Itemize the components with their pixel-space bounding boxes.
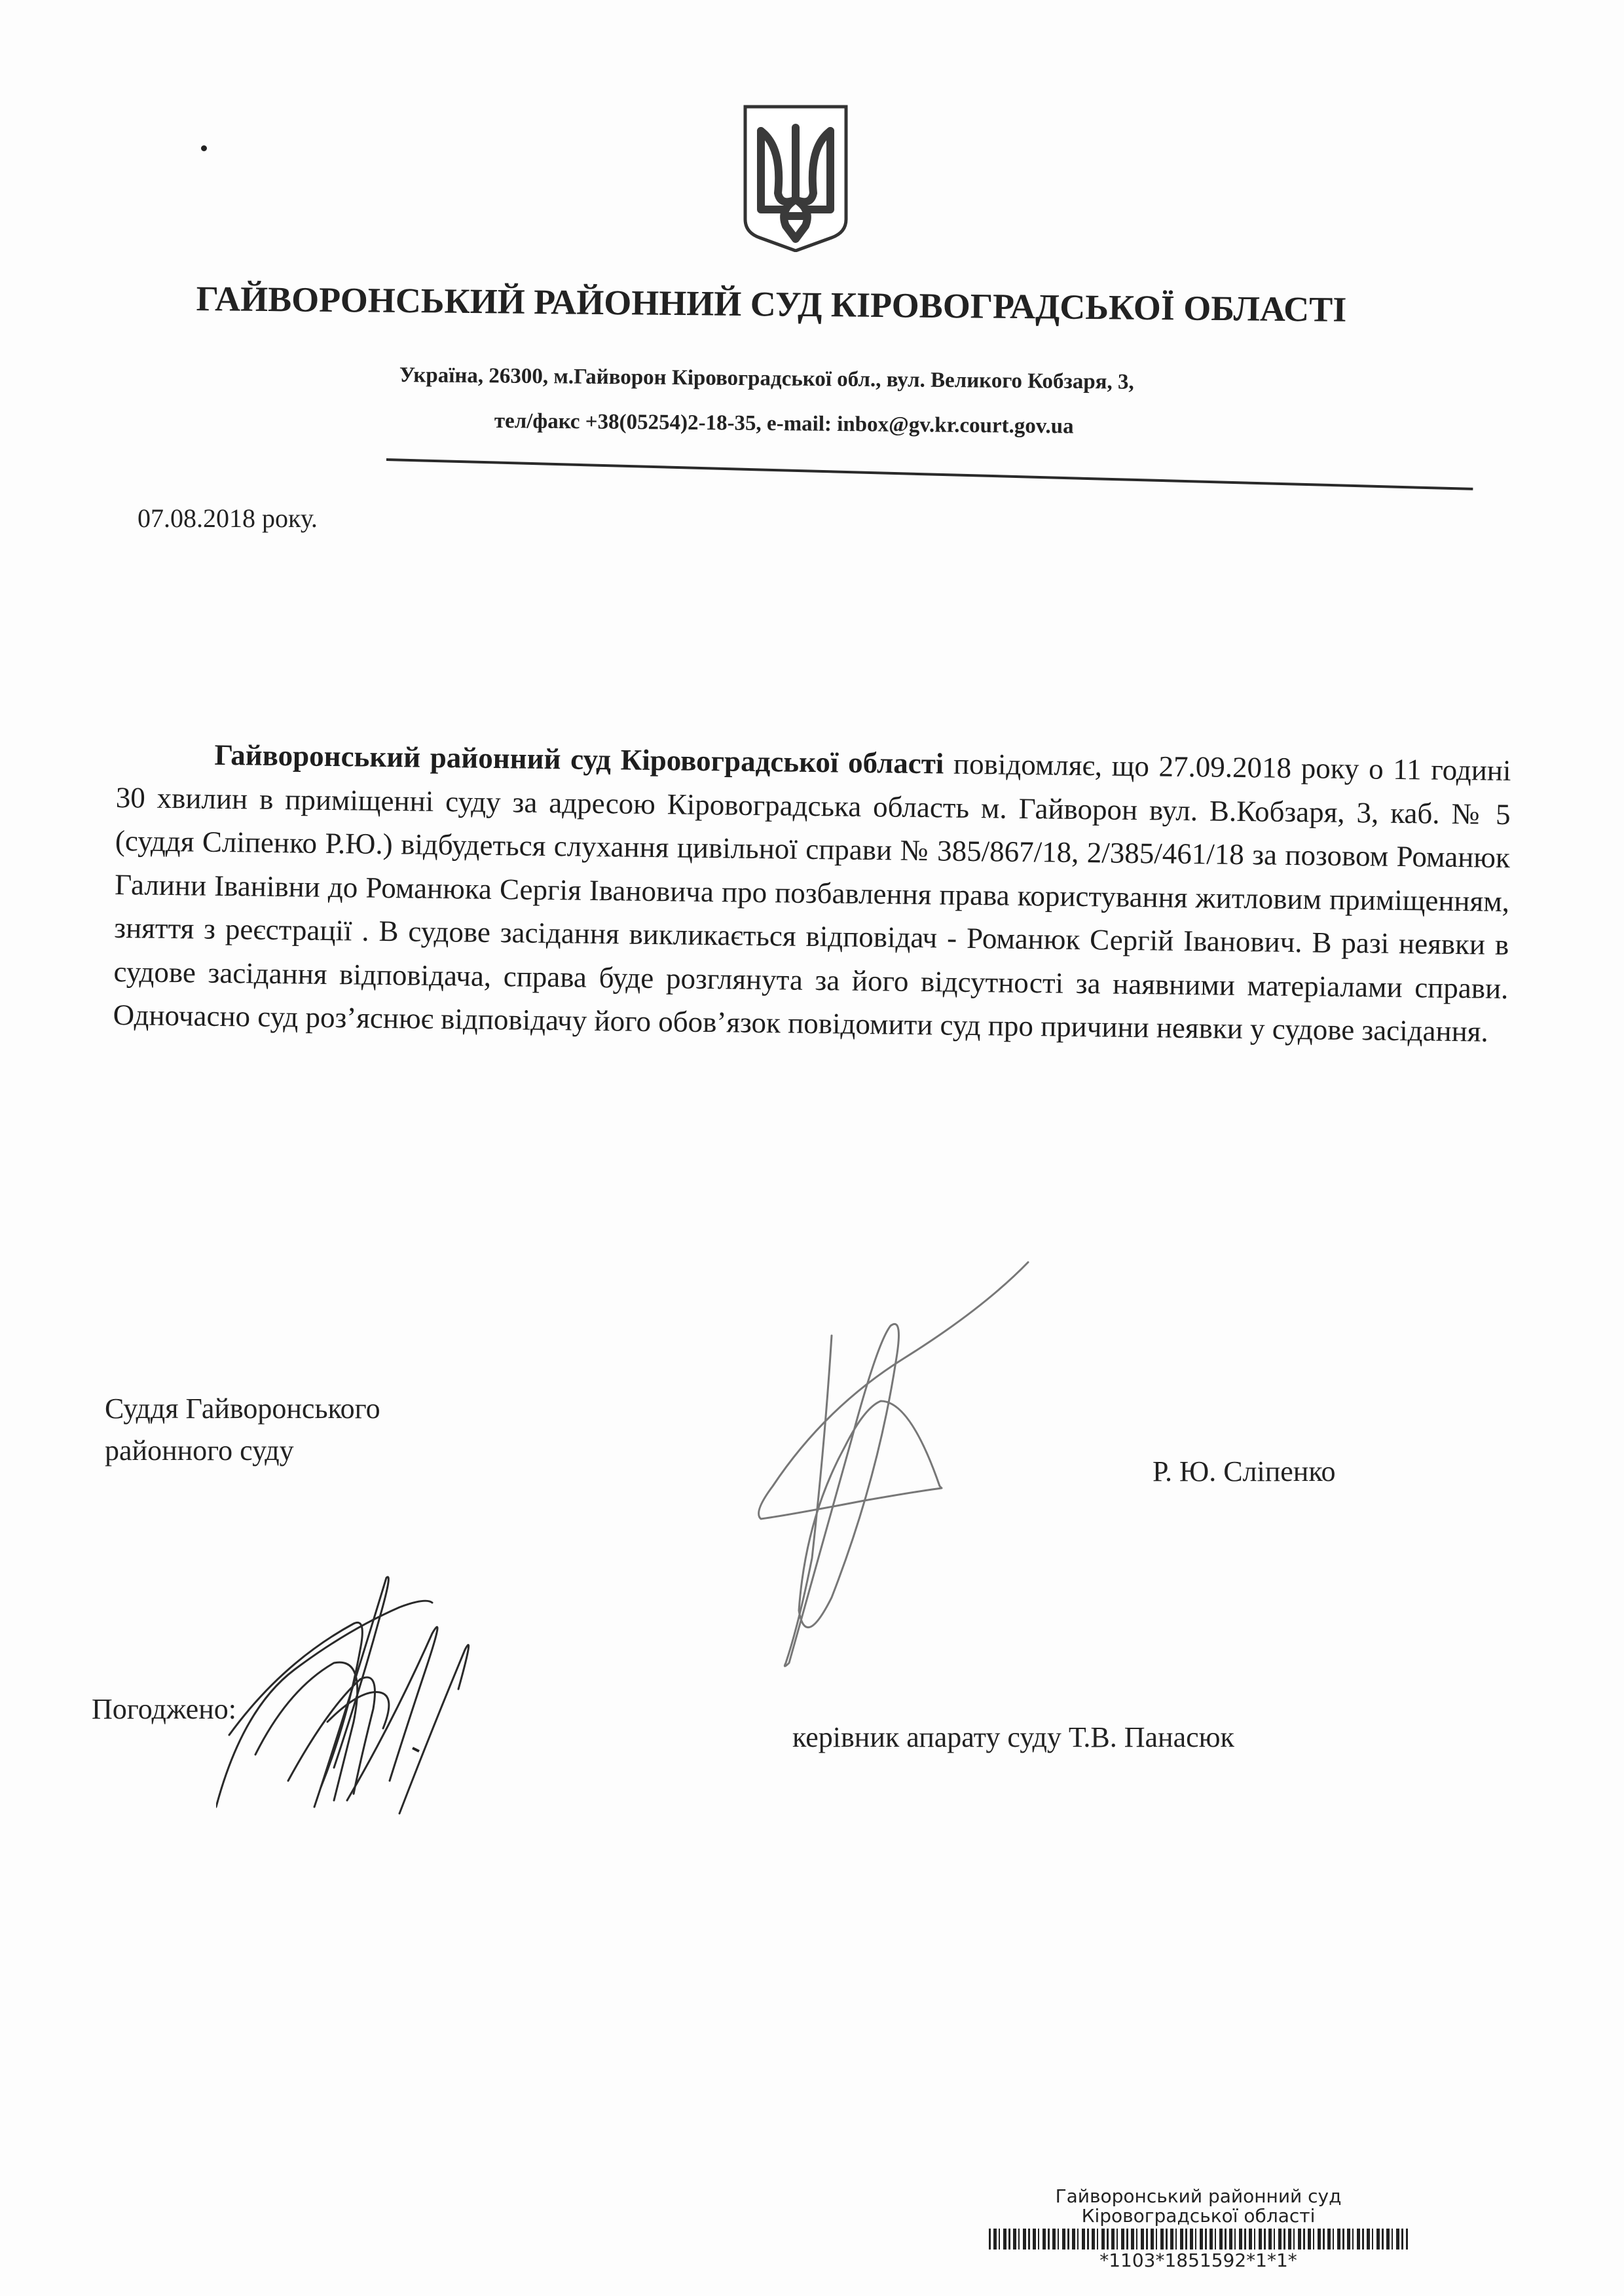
- barcode-number: *1103*1851592*1*1*: [982, 2251, 1414, 2270]
- barcode-icon: [989, 2229, 1408, 2250]
- coat-of-arms-icon: [740, 101, 851, 252]
- notice-body-text: повідомляє, що 27.09.2018 року о 11 годи…: [113, 747, 1511, 1048]
- notice-body: Гайворонський районний суд Кіровоградськ…: [113, 732, 1511, 1053]
- letter-date: 07.08.2018 року.: [138, 503, 318, 534]
- judge-position-line1: Суддя Гайворонського: [105, 1388, 380, 1430]
- stamp-court-line2: Кіровоградської області: [982, 2206, 1414, 2226]
- court-address: Україна, 26300, м.Гайворон Кіровоградськ…: [399, 363, 1134, 395]
- registry-stamp: Гайворонський районний суд Кіровоградськ…: [982, 2187, 1414, 2270]
- document-page: ГАЙВОРОНСЬКИЙ РАЙОННИЙ СУД КІРОВОГРАДСЬК…: [0, 0, 1624, 2296]
- judge-position: Суддя Гайворонського районного суду: [105, 1388, 380, 1472]
- judge-name: Р. Ю. Сліпенко: [1153, 1455, 1336, 1488]
- court-name-heading: ГАЙВОРОНСЬКИЙ РАЙОННИЙ СУД КІРОВОГРАДСЬК…: [196, 278, 1480, 331]
- header-divider: [386, 458, 1473, 490]
- approved-label: Погоджено:: [92, 1692, 236, 1726]
- judge-signature-icon: [720, 1244, 1113, 1735]
- office-head-signatory: керівник апарату суду Т.В. Панасюк: [792, 1721, 1234, 1754]
- scan-speck: [201, 145, 207, 151]
- stamp-court-line1: Гайворонський районний суд: [982, 2187, 1414, 2206]
- notice-body-court-name: Гайворонський районний суд Кіровоградськ…: [214, 738, 944, 780]
- approver-signature-icon: [216, 1558, 674, 1833]
- judge-position-line2: районного суду: [105, 1430, 380, 1472]
- court-contacts: тел/факс +38(05254)2-18-35, e-mail: inbo…: [494, 409, 1074, 439]
